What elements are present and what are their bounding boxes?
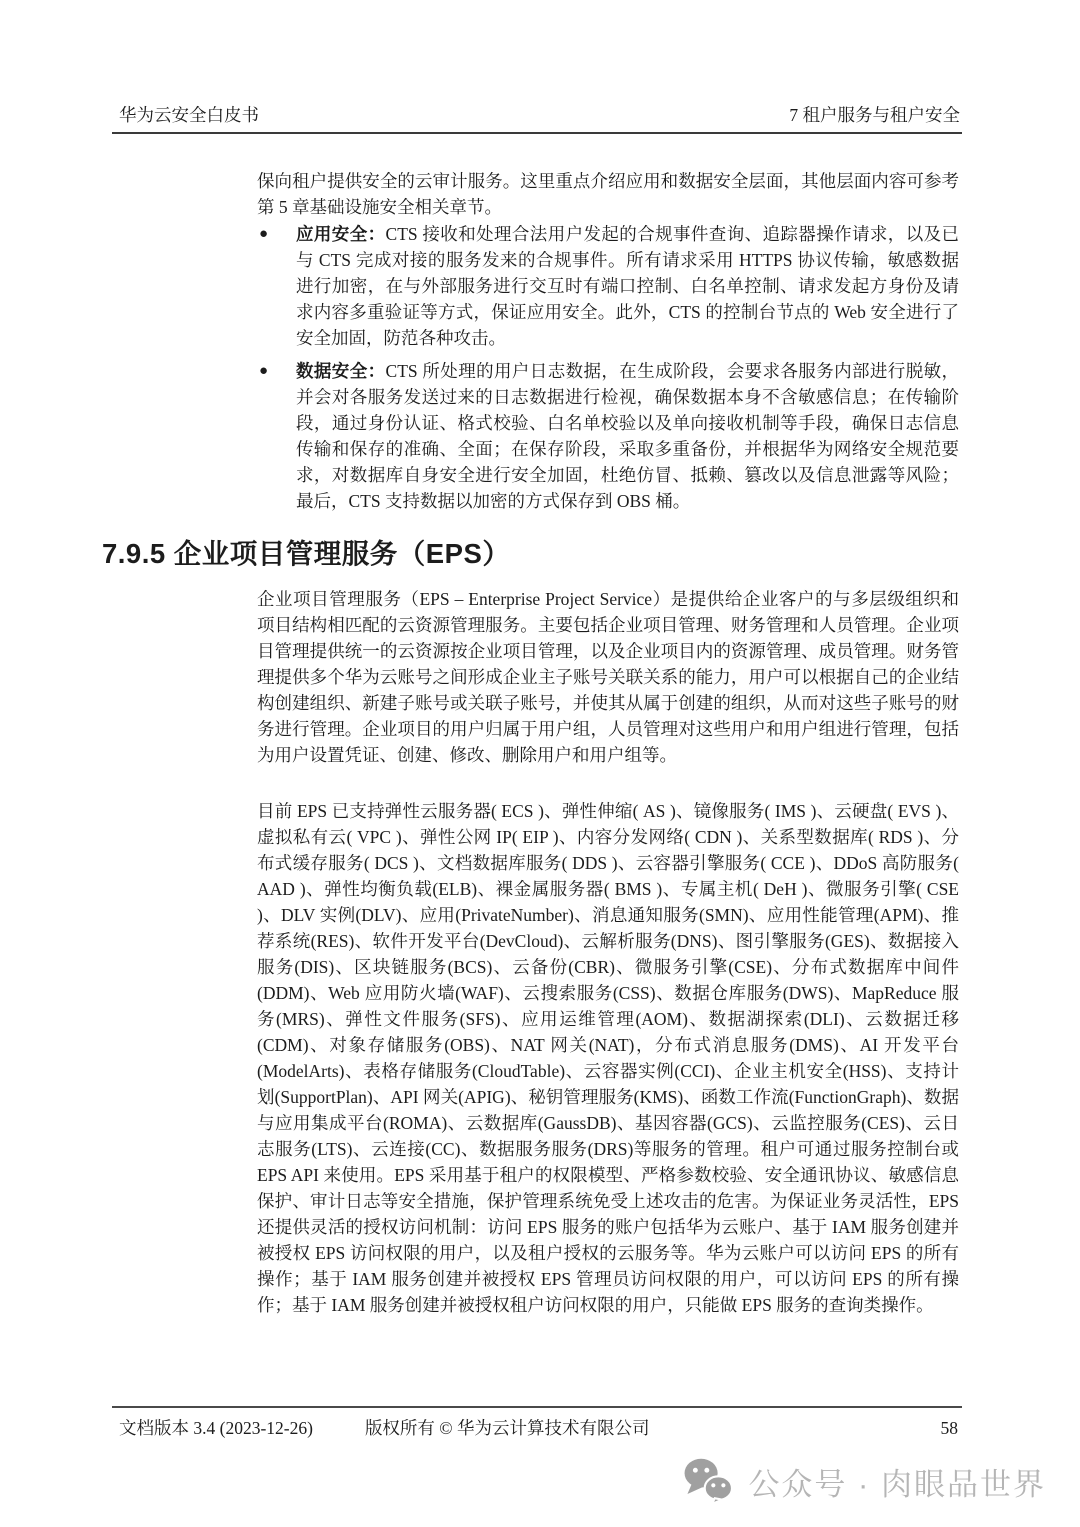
section-paragraph-1: 企业项目管理服务（EPS – Enterprise Project Servic…: [257, 586, 959, 768]
bullet-marker-icon: ●: [259, 221, 268, 247]
security-bullet-list: ● 应用安全：CTS 接收和处理合法用户发起的合规事件查询、追踪器操作请求，以及…: [257, 221, 959, 521]
document-page: 华为云安全白皮书 7 租户服务与租户安全 保向租户提供安全的云审计服务。这里重点…: [0, 0, 1080, 1527]
bullet-text: CTS 所处理的用户日志数据，在生成阶段，会要求各服务内部进行脱敏，并会对各服务…: [296, 361, 959, 511]
bullet-label: 应用安全：: [296, 224, 386, 244]
intro-paragraph: 保向租户提供安全的云审计服务。这里重点介绍应用和数据安全层面，其他层面内容可参考…: [257, 168, 959, 220]
bullet-marker-icon: ●: [259, 358, 268, 384]
wechat-icon: [683, 1458, 735, 1504]
footer-page-number: 58: [941, 1418, 963, 1439]
bullet-text: CTS 接收和处理合法用户发起的合规事件查询、追踪器操作请求，以及已与 CTS …: [296, 224, 959, 348]
watermark-text: 公众号 · 肉眼品世界: [748, 1459, 1046, 1504]
bullet-item-application-security: ● 应用安全：CTS 接收和处理合法用户发起的合规事件查询、追踪器操作请求，以及…: [257, 221, 959, 351]
wechat-watermark: 公众号 · 肉眼品世界: [683, 1458, 1046, 1504]
page-footer: 文档版本 3.4 (2023-12-26) 版权所有 © 华为云计算技术有限公司…: [112, 1406, 962, 1440]
bullet-item-data-security: ● 数据安全：CTS 所处理的用户日志数据，在生成阶段，会要求各服务内部进行脱敏…: [257, 358, 959, 514]
bullet-label: 数据安全：: [296, 361, 386, 381]
header-doc-title: 华为云安全白皮书: [112, 102, 259, 127]
section-paragraph-2: 目前 EPS 已支持弹性云服务器( ECS )、弹性伸缩( AS )、镜像服务(…: [257, 798, 959, 1318]
section-heading: 7.9.5 企业项目管理服务（EPS）: [102, 531, 510, 571]
page-header: 华为云安全白皮书 7 租户服务与租户安全: [112, 102, 962, 134]
header-chapter-title: 7 租户服务与租户安全: [789, 102, 962, 127]
footer-copyright: 版权所有 © 华为云计算技术有限公司: [365, 1415, 650, 1440]
footer-doc-version: 文档版本 3.4 (2023-12-26): [112, 1415, 313, 1440]
